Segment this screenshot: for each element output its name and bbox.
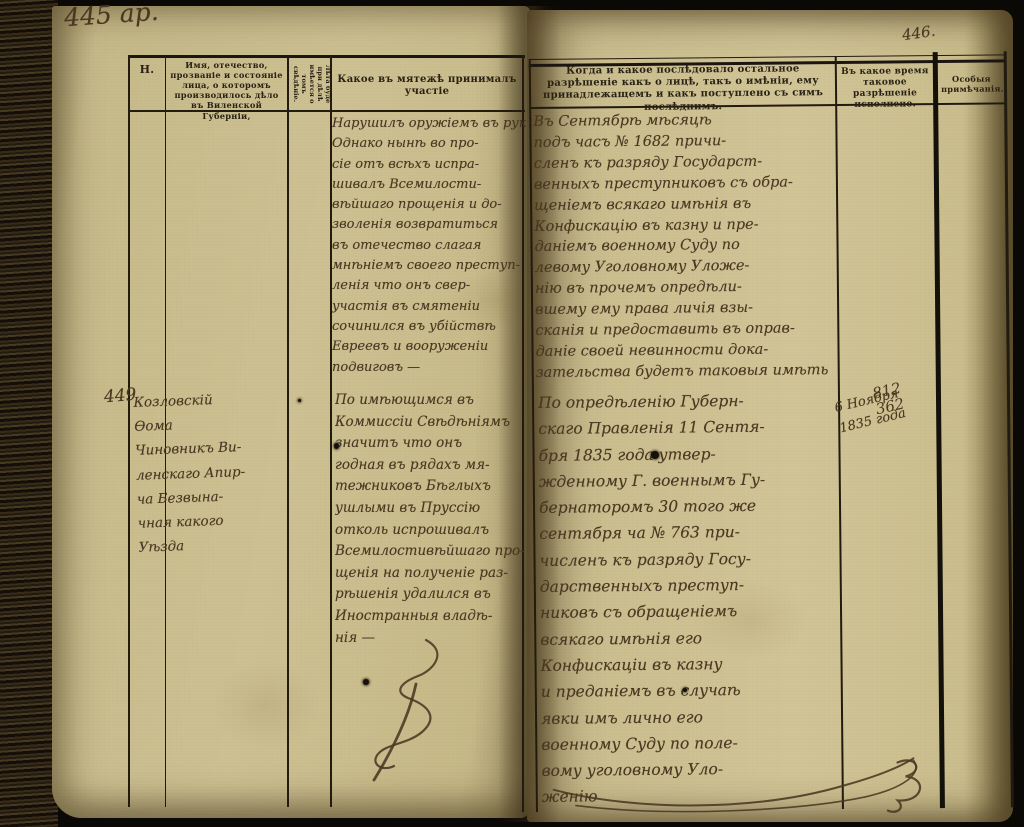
column-rule: [1004, 51, 1014, 807]
signature-flourish-left: [330, 632, 480, 787]
entry-number: 449: [103, 385, 137, 408]
header-execution-label: Въ какое время таковое разрѣшеніе исполн…: [839, 66, 931, 111]
column-rule: [128, 55, 130, 807]
paper-hole: [651, 451, 659, 459]
header-remarks-label: Особыя примѣчанія.: [941, 73, 1002, 94]
ink-blot: [334, 443, 339, 449]
paper-hole: [363, 679, 369, 685]
resolution-text-1: Въ Сентябрѣ мѣсяцѣподъ часъ № 1682 причи…: [533, 109, 836, 384]
participation-text-2: По имѣющимся въКоммиссіи Свѣдѣніямъзначи…: [335, 390, 529, 649]
header-age-label: Лѣта буде при дѣлѣ имѣется о томъ свѣдѣн…: [289, 58, 331, 110]
column-rule-thick: [933, 52, 945, 808]
ink-dot: [298, 399, 301, 402]
paper-hole: [683, 688, 687, 692]
header-participation-label: Какое въ мятежѣ принималъ участіе: [333, 74, 521, 98]
header-number-label: Н.: [128, 63, 166, 76]
header-name-label: Имя, отечество, прозваніе и состояніе ли…: [168, 60, 285, 121]
participation-text-1: Нарушилъ оружіемъ въ рукахъОднако нынѣ в…: [332, 114, 526, 378]
page-stack-edge: [0, 0, 58, 827]
signature-flourish-right: [545, 744, 946, 823]
entry-name: КозловскійѲомаЧиновникъ Ви-ленскаго Апир…: [133, 385, 299, 560]
right-table: Когда и какое послѣдовало остальное разр…: [526, 0, 1020, 827]
header-resolution-label: Когда и какое послѣдовало остальное разр…: [535, 63, 831, 115]
scanned-register-spread: 445 ap. 446. Н. Имя, отечество, прозвані…: [0, 0, 1024, 827]
